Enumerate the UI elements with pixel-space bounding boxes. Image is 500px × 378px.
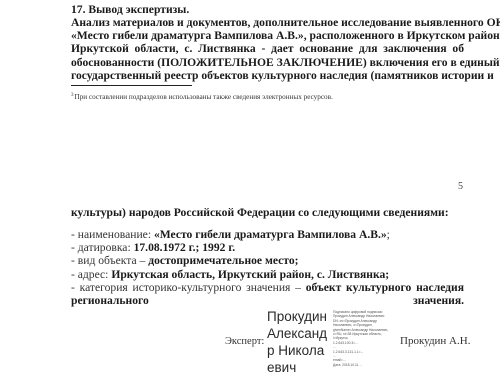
conclusion-paragraph: Анализ материалов и документов, дополнит… [71, 16, 464, 82]
conclusion-line: обоснованности (ПОЛОЖИТЕЛЬНОЕ ЗАКЛЮЧЕНИЕ… [71, 56, 464, 69]
footnote: 3При составлении подразделов использован… [71, 91, 333, 102]
detail-item-type: - вид объекта – достопримечательное мест… [71, 254, 464, 267]
footnote-separator [71, 85, 192, 86]
document-page: 17. Вывод экспертизы. Анализ материалов … [0, 0, 500, 378]
page-number: 5 [458, 181, 463, 192]
signature-line: Дата: 2018.10.11 ... [333, 363, 399, 367]
footnote-marker: 3 [71, 93, 74, 98]
expert-short-name: Прокудин А.Н. [400, 335, 470, 347]
detail-item-name: - наименование: «Место гибели драматурга… [71, 228, 464, 241]
footnote-text: При составлении подразделов использованы… [75, 93, 333, 101]
digital-signature-stamp: Подписано цифровой подписью: Прокудин Ал… [333, 310, 399, 367]
continuation-text: культуры) народов Российской Федерации с… [71, 206, 464, 219]
expert-label: Эксперт: [225, 336, 264, 347]
detail-item-address: - адрес: Иркутская область, Иркутский ра… [71, 268, 464, 281]
conclusion-line: Иркутской области, с. Листвянка - дает о… [71, 42, 464, 55]
conclusion-line: Анализ материалов и документов, дополнит… [71, 16, 464, 29]
expert-full-name: Прокудин Александр Николаевич [267, 308, 331, 376]
conclusion-line: «Место гибели драматурга Вампилова А.В.»… [71, 29, 464, 42]
object-details-list: - наименование: «Место гибели драматурга… [71, 228, 464, 307]
detail-item-category: - категория историко-культурного значени… [71, 281, 464, 307]
conclusion-line: государственный реестр объектов культурн… [71, 69, 464, 82]
detail-item-dating: - датировка: 17.08.1972 г.; 1992 г. [71, 241, 464, 254]
section-heading: 17. Вывод экспертизы. [71, 3, 464, 16]
